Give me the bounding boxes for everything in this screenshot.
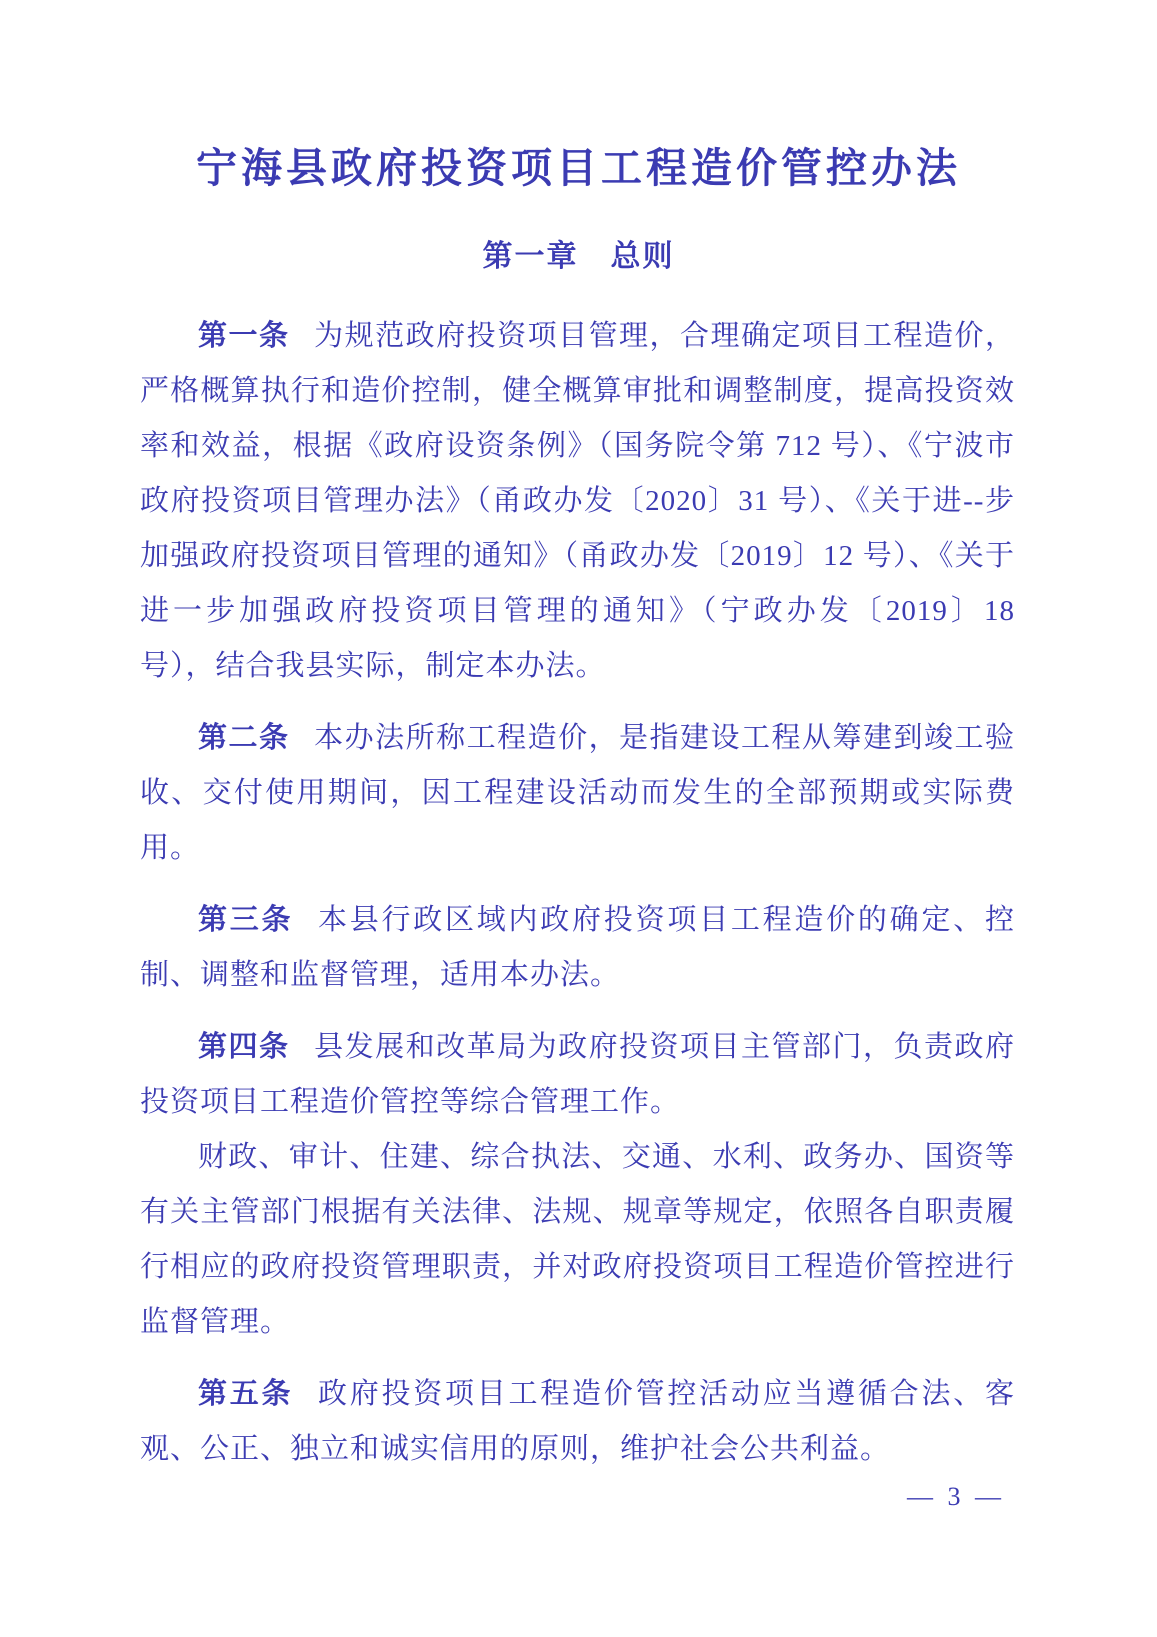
article-3-paragraph: 第三条本县行政区域内政府投资项目工程造价的确定、控制、调整和监督管理，适用本办法…	[140, 893, 1015, 1003]
page-number: — 3 —	[907, 1482, 1005, 1512]
article-5-paragraph: 第五条政府投资项目工程造价管控活动应当遵循合法、客观、公正、独立和诚实信用的原则…	[140, 1367, 1015, 1477]
article-3-label: 第三条	[198, 904, 293, 936]
article-4-continuation: 财政、审计、住建、综合执法、交通、水利、政务办、国资等有关主管部门根据有关法律、…	[140, 1130, 1015, 1350]
article-1-text: 为规范政府投资项目管理，合理确定项目工程造价，严格概算执行和造价控制，健全概算审…	[140, 320, 1015, 682]
article-4-paragraph: 第四条县发展和改革局为政府投资项目主管部门，负责政府投资项目工程造价管控等综合管…	[140, 1020, 1015, 1130]
article-5-label: 第五条	[198, 1378, 293, 1410]
chapter-heading: 第一章 总则	[0, 193, 1157, 275]
document-title: 宁海县政府投资项目工程造价管控办法	[0, 0, 1157, 193]
document-body: 第一条为规范政府投资项目管理，合理确定项目工程造价，严格概算执行和造价控制，健全…	[140, 309, 1015, 1477]
article-4-label: 第四条	[198, 1031, 289, 1063]
article-2-label: 第二条	[198, 722, 289, 754]
article-2-paragraph: 第二条本办法所称工程造价，是指建设工程从筹建到竣工验收、交付使用期间，因工程建设…	[140, 711, 1015, 876]
article-1-paragraph: 第一条为规范政府投资项目管理，合理确定项目工程造价，严格概算执行和造价控制，健全…	[140, 309, 1015, 694]
article-1-label: 第一条	[198, 320, 289, 352]
document-page: 宁海县政府投资项目工程造价管控办法 第一章 总则 第一条为规范政府投资项目管理，…	[0, 0, 1157, 1637]
